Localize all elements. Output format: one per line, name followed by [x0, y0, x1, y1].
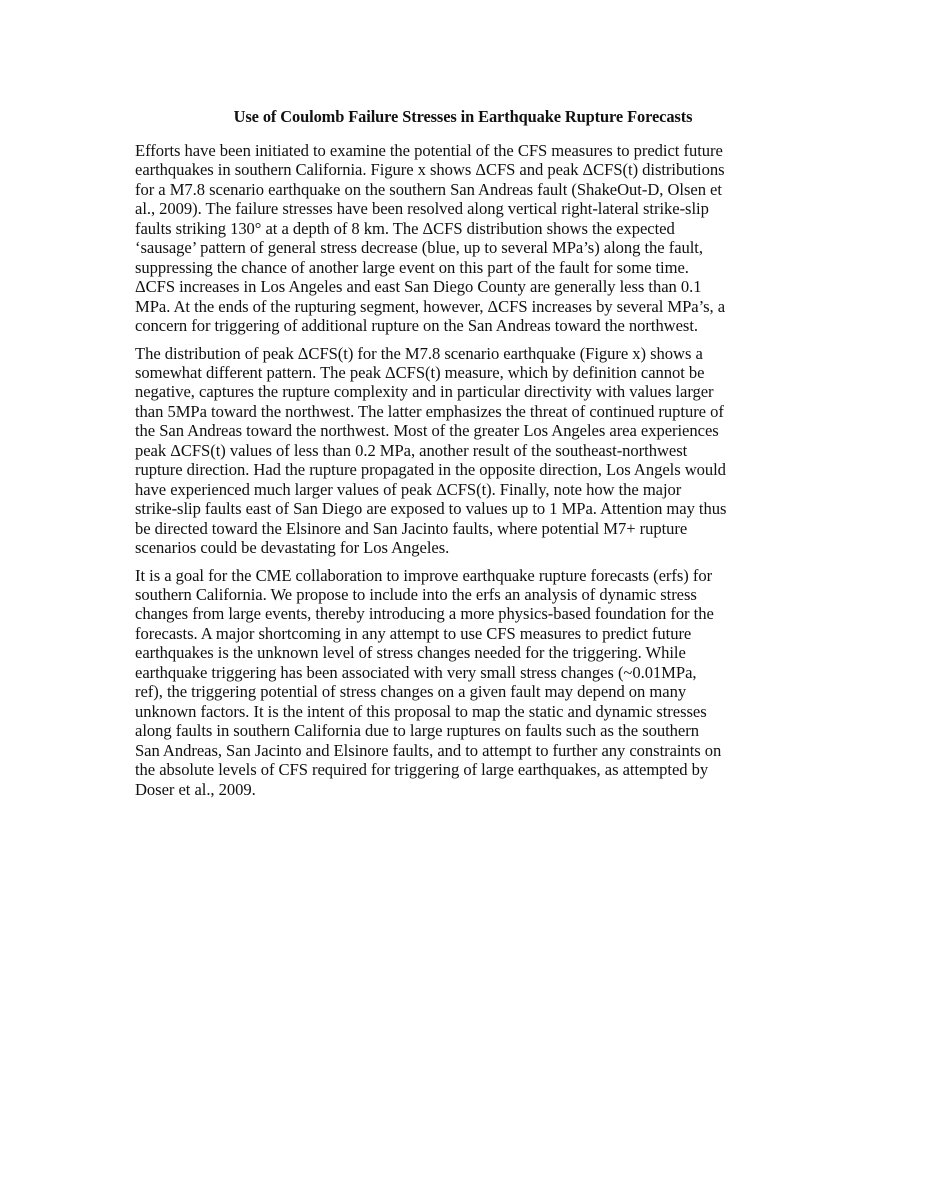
text-line: rupture direction. Had the rupture propa… [135, 460, 791, 479]
text-line: ref), the triggering potential of stress… [135, 682, 791, 701]
text-line: than 5MPa toward the northwest. The latt… [135, 402, 791, 421]
text-line: San Andreas, San Jacinto and Elsinore fa… [135, 741, 791, 760]
text-line: It is a goal for the CME collaboration t… [135, 566, 791, 585]
text-line: changes from large events, thereby intro… [135, 604, 791, 623]
text-line: the absolute levels of CFS required for … [135, 760, 791, 779]
text-line: forecasts. A major shortcoming in any at… [135, 624, 791, 643]
paragraph-2: The distribution of peak ΔCFS(t) for the… [135, 344, 791, 558]
text-line: strike-slip faults east of San Diego are… [135, 499, 791, 518]
text-line: al., 2009). The failure stresses have be… [135, 199, 791, 218]
text-line: have experienced much larger values of p… [135, 480, 791, 499]
text-line: for a M7.8 scenario earthquake on the so… [135, 180, 791, 199]
text-line: unknown factors. It is the intent of thi… [135, 702, 791, 721]
document-title: Use of Coulomb Failure Stresses in Earth… [135, 107, 791, 127]
text-line: earthquakes is the unknown level of stre… [135, 643, 791, 662]
text-line: the San Andreas toward the northwest. Mo… [135, 421, 791, 440]
text-line: The distribution of peak ΔCFS(t) for the… [135, 344, 791, 363]
text-line: concern for triggering of additional rup… [135, 316, 791, 335]
text-line: ‘sausage’ pattern of general stress decr… [135, 238, 791, 257]
text-line: MPa. At the ends of the rupturing segmen… [135, 297, 791, 316]
text-line: earthquake triggering has been associate… [135, 663, 791, 682]
text-line: along faults in southern California due … [135, 721, 791, 740]
document-page: Use of Coulomb Failure Stresses in Earth… [135, 107, 791, 807]
text-line: scenarios could be devastating for Los A… [135, 538, 791, 557]
text-line: somewhat different pattern. The peak ΔCF… [135, 363, 791, 382]
text-line: southern California. We propose to inclu… [135, 585, 791, 604]
text-line: Doser et al., 2009. [135, 780, 791, 799]
text-line: Efforts have been initiated to examine t… [135, 141, 791, 160]
text-line: negative, captures the rupture complexit… [135, 382, 791, 401]
text-line: be directed toward the Elsinore and San … [135, 519, 791, 538]
text-line: suppressing the chance of another large … [135, 258, 791, 277]
text-line: earthquakes in southern California. Figu… [135, 160, 791, 179]
text-line: faults striking 130° at a depth of 8 km.… [135, 219, 791, 238]
text-line: peak ΔCFS(t) values of less than 0.2 MPa… [135, 441, 791, 460]
paragraph-3: It is a goal for the CME collaboration t… [135, 566, 791, 799]
text-line: ΔCFS increases in Los Angeles and east S… [135, 277, 791, 296]
paragraph-1: Efforts have been initiated to examine t… [135, 141, 791, 336]
